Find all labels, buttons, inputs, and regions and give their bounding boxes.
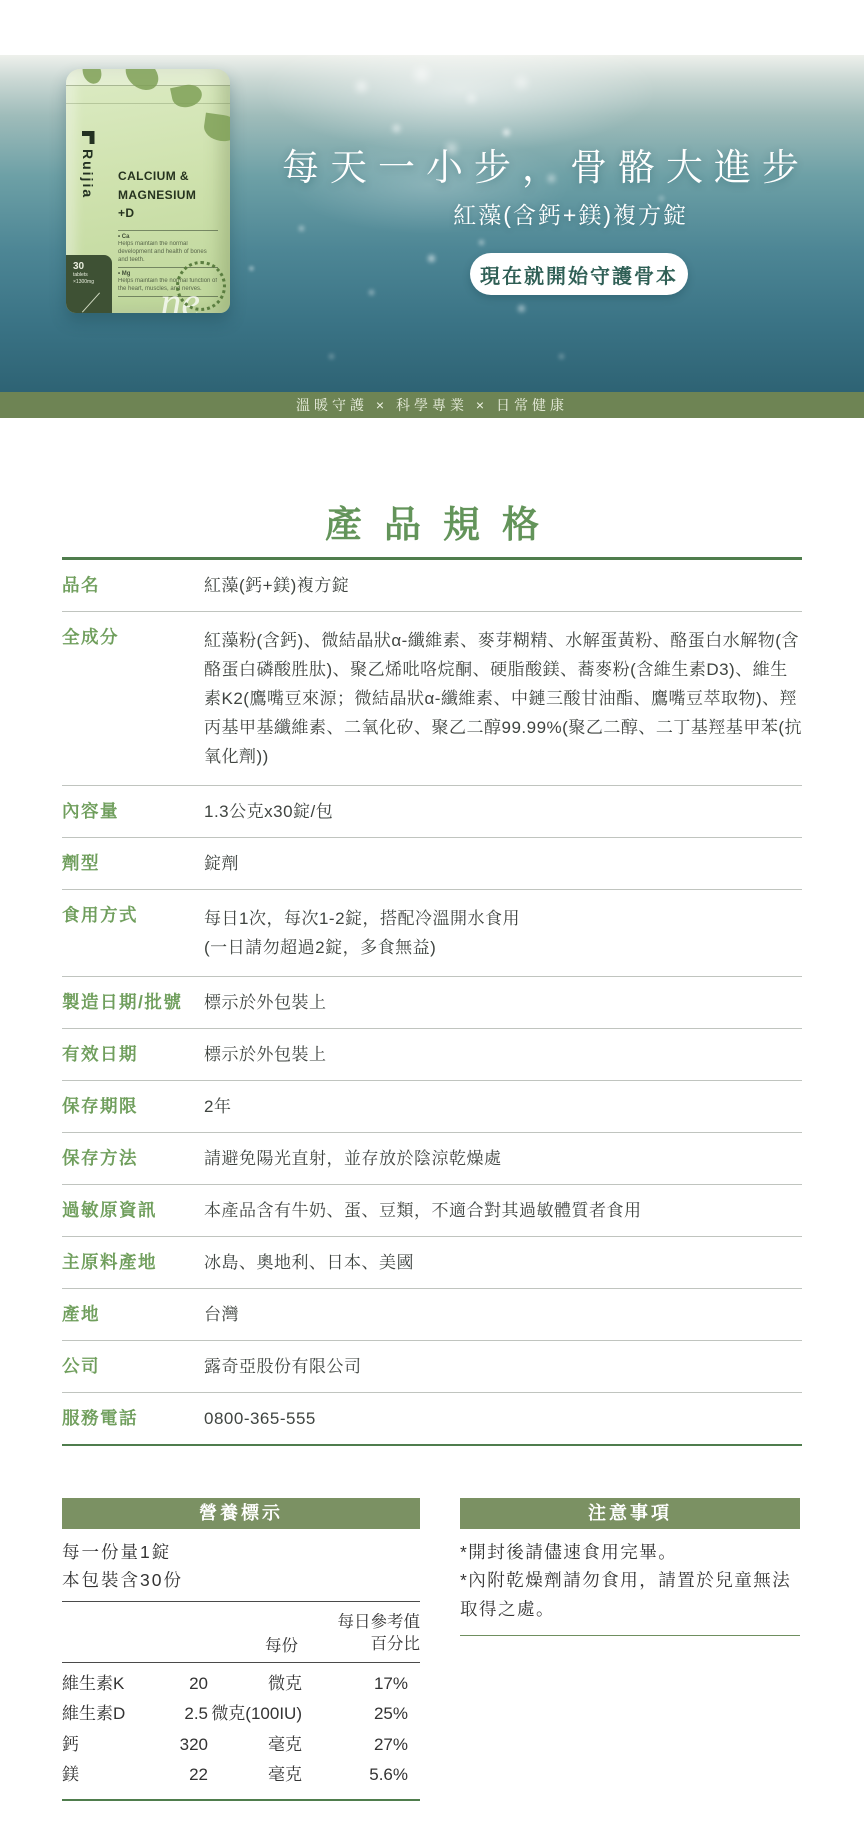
- spec-value: 標示於外包裝上: [204, 991, 802, 1014]
- nutrient-amount: 20: [150, 1669, 208, 1700]
- ocean-sparkles: [0, 55, 3, 58]
- spec-value: 紅藻(鈣+鎂)複方錠: [204, 574, 802, 597]
- table-row: 有效日期 標示於外包裝上: [62, 1029, 802, 1081]
- table-row: 鎂 22 毫克 5.6%: [62, 1760, 420, 1791]
- nutrition-title-bar: 營養標示: [62, 1498, 420, 1529]
- spec-label: 內容量: [62, 800, 204, 823]
- notice-item: *內附乾燥劑請勿食用，請置於兒童無法取得之處。: [460, 1566, 800, 1623]
- servings-per-pack: 本包裝含30份: [62, 1566, 420, 1594]
- spec-label: 產地: [62, 1303, 204, 1326]
- dotted-circle-logo-icon: [176, 261, 226, 311]
- product-package: Ruijia CALCIUM & MAGNESIUM +D • Ca Helps…: [66, 69, 230, 313]
- spec-value: 0800-365-555: [204, 1407, 802, 1430]
- nutrient-name: 維生素D: [62, 1699, 150, 1730]
- nutrition-panel: 營養標示 每一份量1錠 本包裝含30份 每份 每日參考值 百分比 維生素K 20…: [62, 1498, 420, 1801]
- spec-value: 2年: [204, 1095, 802, 1118]
- spec-label: 過敏原資訊: [62, 1199, 204, 1222]
- spec-label: 服務電話: [62, 1407, 204, 1430]
- package-title: CALCIUM & MAGNESIUM +D: [118, 167, 196, 223]
- spec-label: 劑型: [62, 852, 204, 875]
- table-row: 主原料產地 冰島、奧地利、日本、美國: [62, 1237, 802, 1289]
- nutrient-name: 維生素K: [62, 1669, 150, 1700]
- nutrient-amount: 22: [150, 1760, 208, 1791]
- cta-button[interactable]: 現在就開始守護骨本: [470, 253, 688, 295]
- spec-value: 露奇亞股份有限公司: [204, 1355, 802, 1378]
- spec-table: 品名 紅藻(鈣+鎂)複方錠 全成分 紅藻粉(含鈣)、微結晶狀α-纖維素、麥芽糊精…: [62, 557, 802, 1446]
- spec-label: 品名: [62, 574, 204, 597]
- table-row: 劑型 錠劑: [62, 838, 802, 890]
- spec-label: 公司: [62, 1355, 204, 1378]
- table-row: 品名 紅藻(鈣+鎂)複方錠: [62, 560, 802, 612]
- package-title-line: +D: [118, 204, 196, 223]
- spec-label: 保存期限: [62, 1095, 204, 1118]
- nutrient-dv: 17%: [306, 1669, 420, 1700]
- col-daily-value: 每日參考值 百分比: [306, 1611, 420, 1656]
- leaf-icon: [170, 82, 204, 110]
- tablet-count-badge: 30 tablets ×1300mg: [66, 255, 112, 313]
- table-row: 過敏原資訊 本產品含有牛奶、蛋、豆類，不適合對其過敏體質者食用: [62, 1185, 802, 1237]
- leaf-icon: [202, 113, 230, 144]
- page-title: 產品規格: [0, 494, 864, 548]
- spec-value: 台灣: [204, 1303, 802, 1326]
- package-crease: [66, 103, 230, 104]
- notice-title-bar: 注意事項: [460, 1498, 800, 1529]
- table-row: 全成分 紅藻粉(含鈣)、微結晶狀α-纖維素、麥芽糊精、水解蛋黃粉、酪蛋白水解物(…: [62, 612, 802, 786]
- tablet-count-unit: tablets: [73, 272, 112, 278]
- spec-label: 食用方式: [62, 904, 204, 962]
- table-row: 保存方法 請避免陽光直射，並存放於陰涼乾燥處: [62, 1133, 802, 1185]
- table-row: 內容量 1.3公克x30錠/包: [62, 786, 802, 838]
- table-row: 產地 台灣: [62, 1289, 802, 1341]
- brand-block: Ruijia: [80, 131, 96, 199]
- spec-label: 保存方法: [62, 1147, 204, 1170]
- col-per-serving: 每份: [208, 1632, 306, 1656]
- banner-headline: 每天一小步，骨骼大進步: [282, 137, 810, 191]
- nutrient-dv: 5.6%: [306, 1760, 420, 1791]
- package-title-line: MAGNESIUM: [118, 186, 196, 205]
- table-row: 維生素K 20 微克 17%: [62, 1669, 420, 1700]
- spec-label: 主原料產地: [62, 1251, 204, 1274]
- brand-name: Ruijia: [80, 149, 96, 199]
- tablet-weight: ×1300mg: [73, 279, 112, 285]
- hero-banner: Ruijia CALCIUM & MAGNESIUM +D • Ca Helps…: [0, 55, 864, 392]
- divider: [118, 230, 218, 231]
- nutrient-unit: 毫克: [208, 1760, 306, 1791]
- serving-size: 每一份量1錠: [62, 1538, 420, 1566]
- table-row: 服務電話 0800-365-555: [62, 1393, 802, 1446]
- nutrient-amount: 320: [150, 1730, 208, 1761]
- tagline-band: 溫暖守護 × 科學專業 × 日常健康: [0, 392, 864, 418]
- spec-value: 錠劑: [204, 852, 802, 875]
- nutrient-name: 鎂: [62, 1760, 150, 1791]
- notice-body: *開封後請儘速食用完畢。 *內附乾燥劑請勿食用，請置於兒童無法取得之處。: [460, 1538, 800, 1636]
- ruijia-logo-icon: [82, 131, 95, 144]
- spec-value: 紅藻粉(含鈣)、微結晶狀α-纖維素、麥芽糊精、水解蛋黃粉、酪蛋白水解物(含酪蛋白…: [204, 626, 802, 771]
- spec-value: 1.3公克x30錠/包: [204, 800, 802, 823]
- spec-label: 製造日期/批號: [62, 991, 204, 1014]
- notice-item: *開封後請儘速食用完畢。: [460, 1538, 800, 1566]
- badge-diagonal-line: [82, 293, 100, 313]
- nutrient-unit: 微克(100IU): [208, 1699, 306, 1730]
- nutrient-dv: 27%: [306, 1730, 420, 1761]
- package-title-line: CALCIUM &: [118, 167, 196, 186]
- spec-label: 全成分: [62, 626, 204, 771]
- table-row: 食用方式 每日1次，每次1-2錠，搭配冷溫開水食用 (一日請勿超過2錠，多食無益…: [62, 890, 802, 977]
- nutrition-rows: 維生素K 20 微克 17% 維生素D 2.5 微克(100IU) 25% 鈣 …: [62, 1663, 420, 1801]
- spec-value: 請避免陽光直射，並存放於陰涼乾燥處: [204, 1147, 802, 1170]
- banner-subtitle: 紅藻(含鈣+鎂)複方錠: [453, 197, 688, 230]
- nutrient-amount: 2.5: [150, 1699, 208, 1730]
- bottom-section: 營養標示 每一份量1錠 本包裝含30份 每份 每日參考值 百分比 維生素K 20…: [62, 1498, 800, 1801]
- nutrient-dv: 25%: [306, 1699, 420, 1730]
- table-row: 公司 露奇亞股份有限公司: [62, 1341, 802, 1393]
- spec-value: 每日1次，每次1-2錠，搭配冷溫開水食用 (一日請勿超過2錠，多食無益): [204, 904, 802, 962]
- spec-value: 標示於外包裝上: [204, 1043, 802, 1066]
- nutrient-name: 鈣: [62, 1730, 150, 1761]
- table-row: 製造日期/批號 標示於外包裝上: [62, 977, 802, 1029]
- table-row: 保存期限 2年: [62, 1081, 802, 1133]
- nutrient-unit: 毫克: [208, 1730, 306, 1761]
- nutrition-header-row: 每份 每日參考值 百分比: [62, 1602, 420, 1663]
- spec-label: 有效日期: [62, 1043, 204, 1066]
- table-row: 鈣 320 毫克 27%: [62, 1730, 420, 1761]
- spec-value: 冰島、奧地利、日本、美國: [204, 1251, 802, 1274]
- table-row: 維生素D 2.5 微克(100IU) 25%: [62, 1699, 420, 1730]
- notice-panel: 注意事項 *開封後請儘速食用完畢。 *內附乾燥劑請勿食用，請置於兒童無法取得之處…: [460, 1498, 800, 1636]
- spec-value: 本產品含有牛奶、蛋、豆類，不適合對其過敏體質者食用: [204, 1199, 802, 1222]
- nutrient-unit: 微克: [208, 1669, 306, 1700]
- tablet-count: 30: [73, 261, 112, 272]
